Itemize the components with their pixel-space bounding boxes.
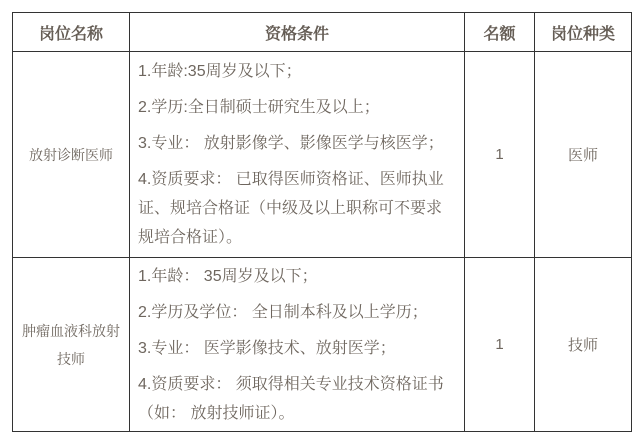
cell-qualifications: 1.年龄： 35周岁及以下； 2.学历及学位： 全日制本科及以上学历； 3.专业…	[130, 258, 465, 432]
qualification-item: 4.资质要求： 须取得相关专业技术资格证书（如： 放射技师证）。	[138, 370, 452, 428]
cell-position-name: 肿瘤血液科放射技师	[13, 258, 130, 432]
header-quota: 名额	[465, 13, 535, 52]
cell-category: 医师	[535, 52, 632, 258]
cell-quota: 1	[465, 258, 535, 432]
header-qualifications: 资格条件	[130, 13, 465, 52]
qualification-item: 2.学历:全日制硕士研究生及以上；	[138, 93, 452, 122]
qualification-item: 1.年龄： 35周岁及以下；	[138, 262, 452, 291]
qualification-item: 4.资质要求： 已取得医师资格证、医师执业证、规培合格证（中级及以上职称可不要求…	[138, 165, 452, 252]
table-row: 肿瘤血液科放射技师 1.年龄： 35周岁及以下； 2.学历及学位： 全日制本科及…	[13, 258, 632, 432]
qualification-item: 3.专业： 医学影像技术、放射医学；	[138, 334, 452, 363]
header-category: 岗位种类	[535, 13, 632, 52]
page: 岗位名称 资格条件 名额 岗位种类 放射诊断医师 1.年龄:35周岁及以下； 2…	[0, 0, 641, 440]
cell-category: 技师	[535, 258, 632, 432]
cell-position-name: 放射诊断医师	[13, 52, 130, 258]
job-postings-table: 岗位名称 资格条件 名额 岗位种类 放射诊断医师 1.年龄:35周岁及以下； 2…	[12, 12, 632, 432]
table-row: 放射诊断医师 1.年龄:35周岁及以下； 2.学历:全日制硕士研究生及以上； 3…	[13, 52, 632, 258]
header-position-name: 岗位名称	[13, 13, 130, 52]
cell-quota: 1	[465, 52, 535, 258]
cell-qualifications: 1.年龄:35周岁及以下； 2.学历:全日制硕士研究生及以上； 3.专业： 放射…	[130, 52, 465, 258]
table-header-row: 岗位名称 资格条件 名额 岗位种类	[13, 13, 632, 52]
qualification-item: 1.年龄:35周岁及以下；	[138, 57, 452, 86]
qualification-item: 2.学历及学位： 全日制本科及以上学历；	[138, 298, 452, 327]
qualification-item: 3.专业： 放射影像学、影像医学与核医学；	[138, 129, 452, 158]
